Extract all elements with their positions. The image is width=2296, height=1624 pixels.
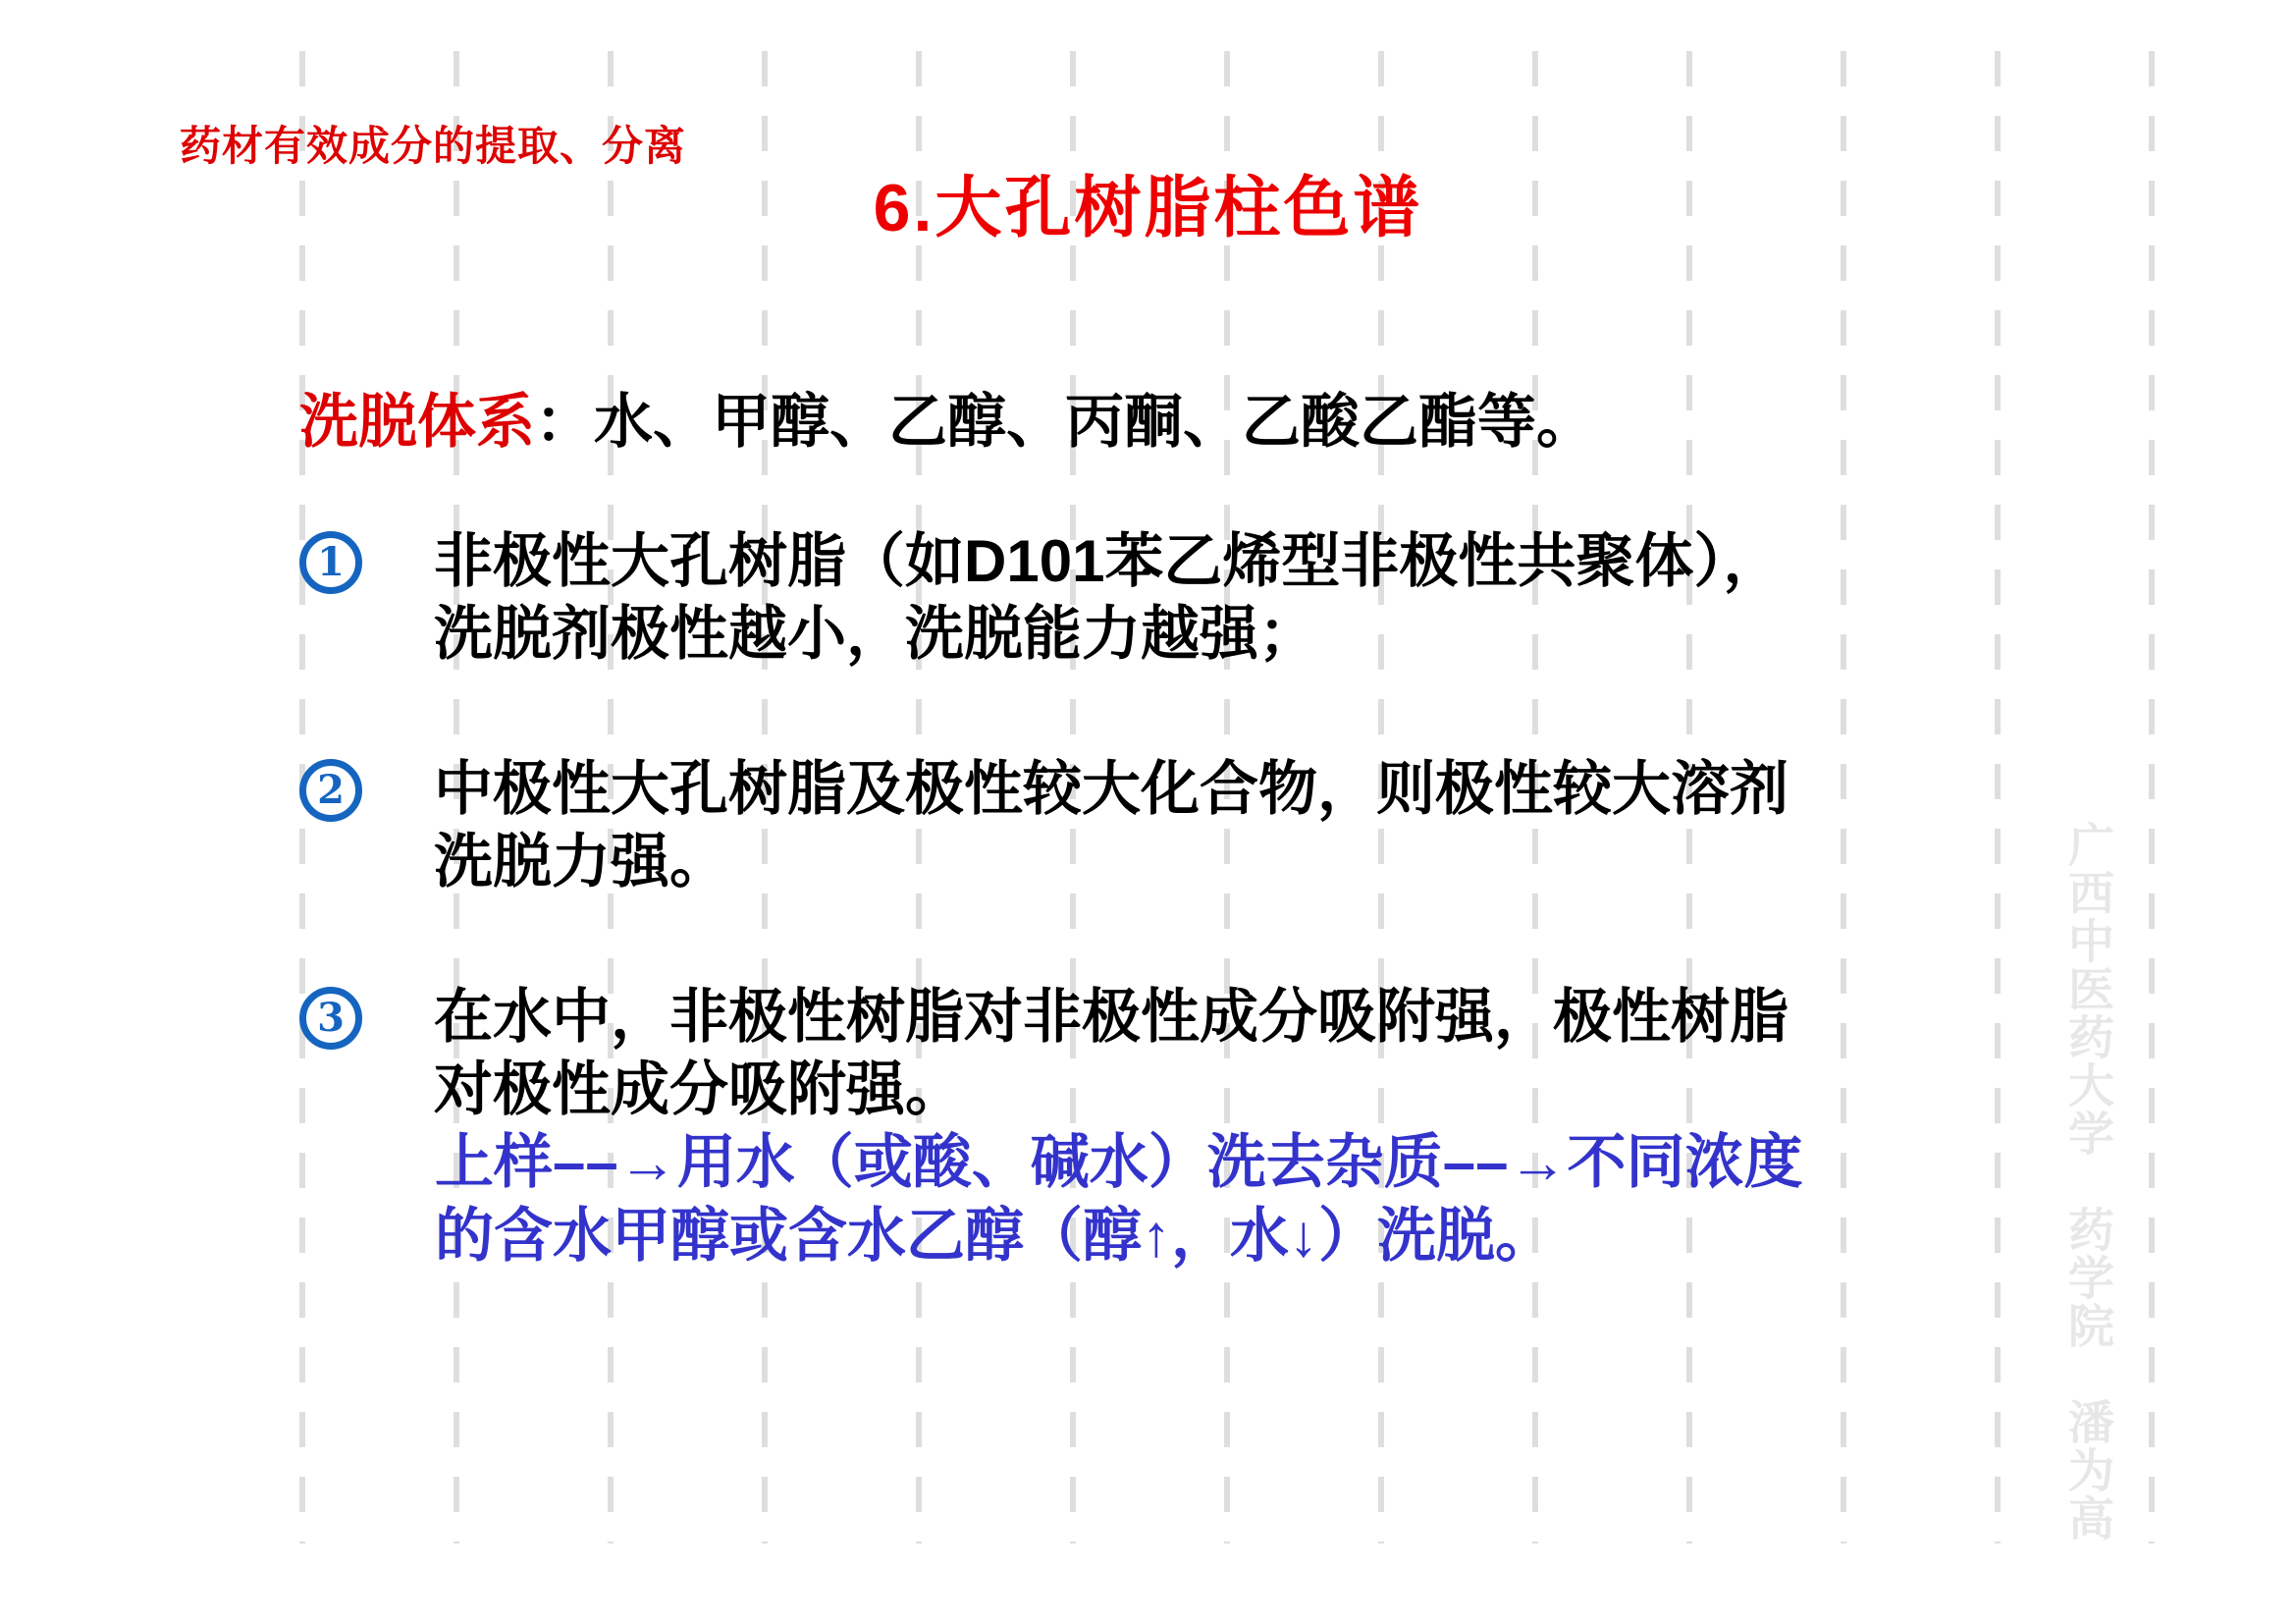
numbered-item-3: 3 在水中，非极性树脂对非极性成分吸附强，极性树脂 对极性成分吸附强。 <box>299 981 1789 1126</box>
circled-number-3-icon: 3 <box>299 987 362 1050</box>
item-3-text: 在水中，非极性树脂对非极性成分吸附强，极性树脂 对极性成分吸附强。 <box>434 981 1789 1126</box>
circled-number-1-icon: 1 <box>299 531 362 594</box>
note-line: 的含水甲醇或含水乙醇（醇↑，水↓）洗脱。 <box>435 1199 1802 1272</box>
slide-title: 6.大孔树脂柱色谱 <box>0 155 2296 250</box>
item-1-text: 非极性大孔树脂（如D101苯乙烯型非极性共聚体）， 洗脱剂极性越小，洗脱能力越强… <box>434 525 1782 671</box>
eluent-system-text: ：水、甲醇、乙醇、丙酮、乙酸乙酯等。 <box>535 389 1595 455</box>
note-line: 上样––→用水（或酸、碱水）洗去杂质––→不同浓度 <box>435 1125 1802 1199</box>
item-2-text: 中极性大孔树脂及极性较大化合物，则极性较大溶剂 洗脱力强。 <box>434 753 1789 898</box>
circled-number-2-icon: 2 <box>299 759 362 822</box>
text-line: 洗脱剂极性越小，洗脱能力越强； <box>434 598 1782 671</box>
eluent-system-line: 洗脱体系：水、甲醇、乙醇、丙酮、乙酸乙酯等。 <box>299 375 1595 460</box>
elution-procedure-note: 上样––→用水（或酸、碱水）洗去杂质––→不同浓度 的含水甲醇或含水乙醇（醇↑，… <box>435 1125 1802 1272</box>
university-watermark: 广西中医药大学 药学院 潘为高 <box>2056 821 2121 1543</box>
presentation-slide: 药材有效成分的提取、分离 6.大孔树脂柱色谱 洗脱体系：水、甲醇、乙醇、丙酮、乙… <box>0 0 2296 1624</box>
numbered-item-2: 2 中极性大孔树脂及极性较大化合物，则极性较大溶剂 洗脱力强。 <box>299 753 1789 898</box>
text-line: 中极性大孔树脂及极性较大化合物，则极性较大溶剂 <box>434 753 1789 826</box>
text-line: 对极性成分吸附强。 <box>434 1054 1789 1126</box>
numbered-item-1: 1 非极性大孔树脂（如D101苯乙烯型非极性共聚体）， 洗脱剂极性越小，洗脱能力… <box>299 525 1782 671</box>
text-line: 在水中，非极性树脂对非极性成分吸附强，极性树脂 <box>434 981 1789 1054</box>
text-line: 洗脱力强。 <box>434 826 1789 898</box>
text-line: 非极性大孔树脂（如D101苯乙烯型非极性共聚体）， <box>434 525 1782 598</box>
eluent-system-label: 洗脱体系 <box>299 389 535 455</box>
